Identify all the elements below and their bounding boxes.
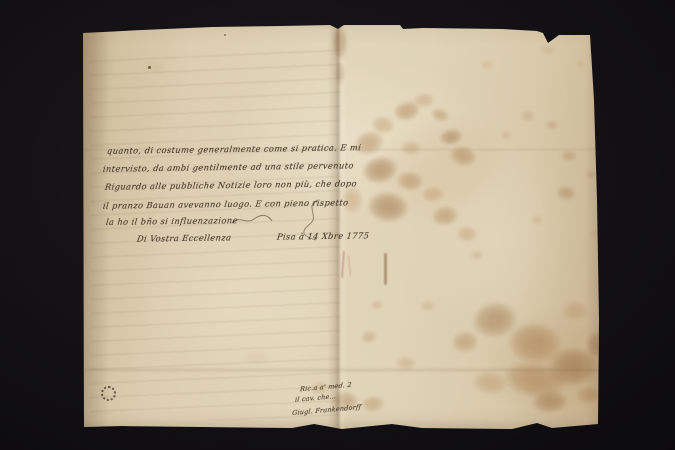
perforated-ring-stamp — [101, 386, 116, 401]
photograph: quanto, di costume generalmente come si … — [0, 0, 675, 450]
ink-speck — [224, 34, 226, 36]
docket-line: Ric.a a' med. 2 — [300, 381, 352, 394]
ink-speck — [148, 66, 151, 69]
docket-line: Giugl. Frankendorff — [292, 403, 362, 417]
ink-streak — [384, 253, 387, 285]
docket-line: il cav. che... — [295, 392, 337, 404]
manuscript-sheet: quanto, di costume generalmente come si … — [82, 20, 601, 433]
docket-annotation: Ric.a a' med. 2 il cav. che... Giugl. Fr… — [82, 20, 601, 433]
